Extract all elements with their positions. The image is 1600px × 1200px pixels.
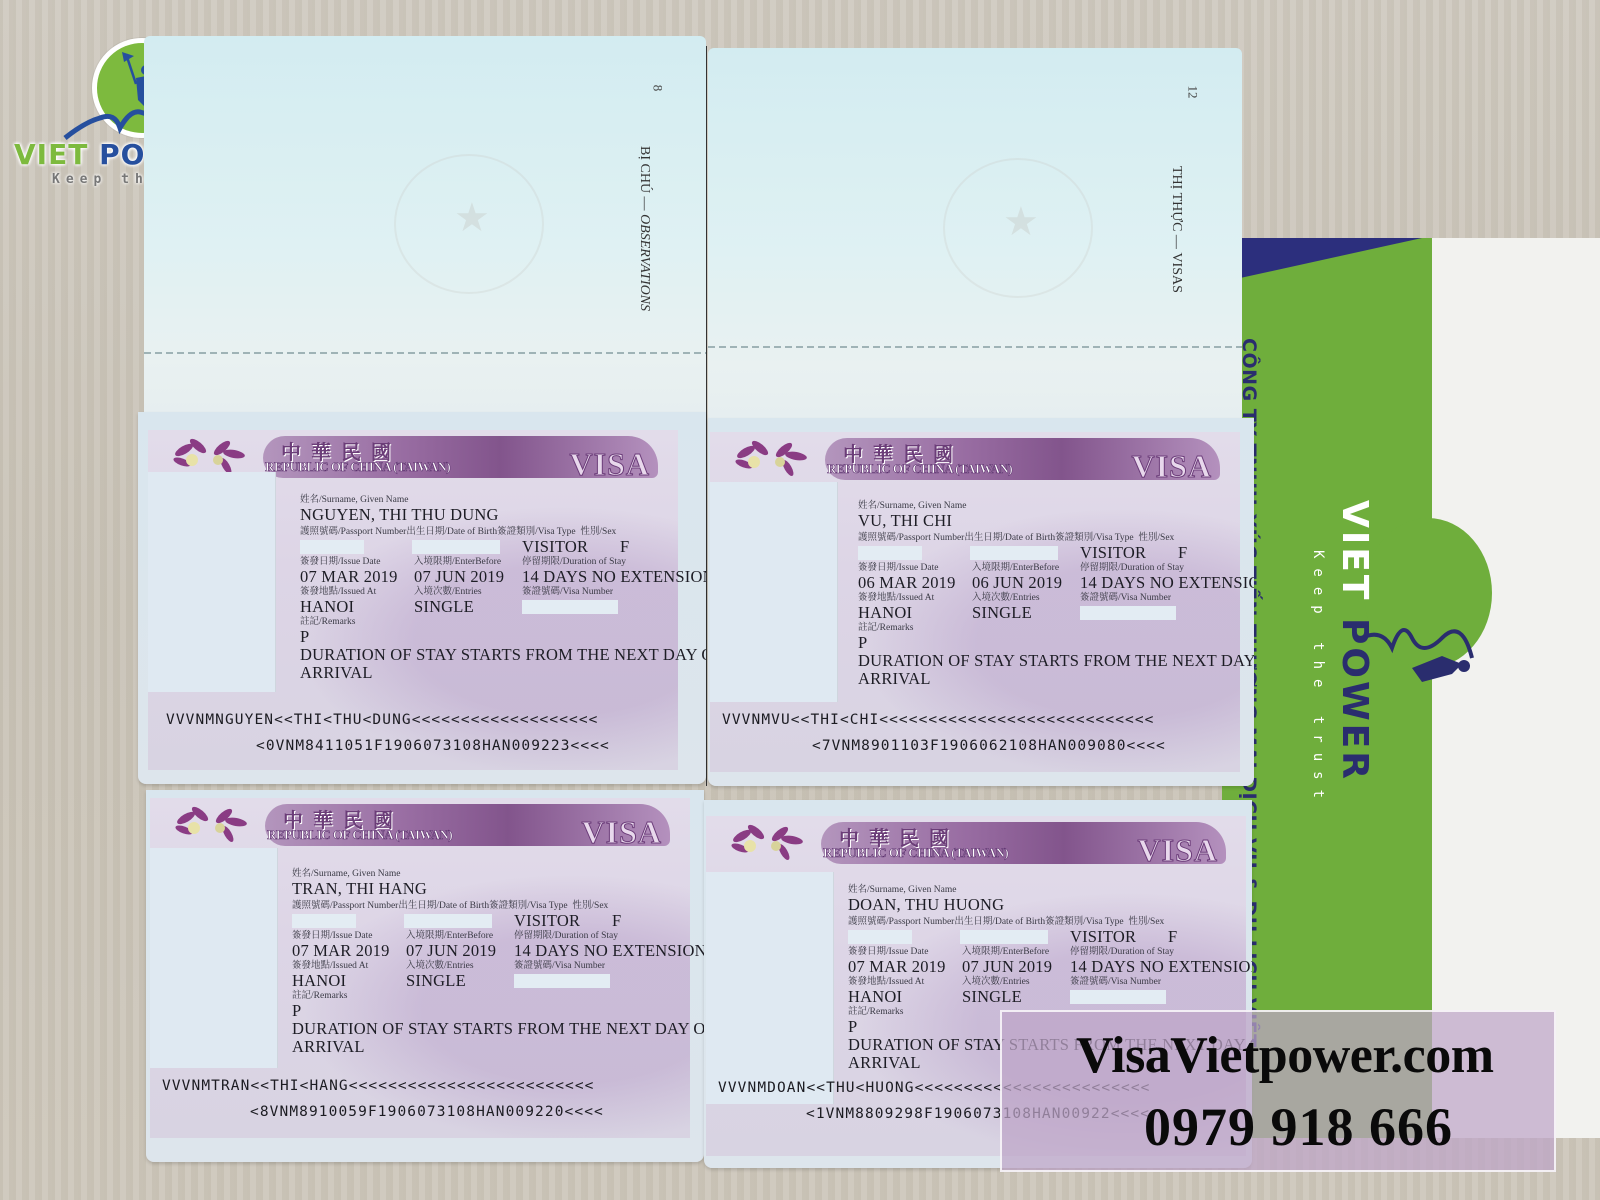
dob-redacted xyxy=(412,540,500,554)
passport-visa-page-2: 中華民國 REPUBLIC OF CHINA (TAIWAN) VISA 姓名/… xyxy=(708,418,1254,786)
label-dob: 出生日期/Date of Birth xyxy=(964,533,1055,543)
brochure-brand-power: POWER xyxy=(1334,618,1375,782)
section-en: OBSERVATIONS xyxy=(637,214,652,311)
visa-wordmark: VISA xyxy=(582,814,662,851)
mrz-line-1: VVVNMNGUYEN<<THI<THU<DUNG<<<<<<<<<<<<<<<… xyxy=(166,712,599,728)
label-visa-number: 簽證號碼/Visa Number xyxy=(1080,592,1171,604)
value-visa-type: VISITOR xyxy=(1080,544,1146,562)
value-entries: SINGLE xyxy=(962,988,1022,1006)
mrz-line-2: <7VNM8901103F1906062108HAN009080<<<< xyxy=(812,738,1166,754)
value-issued-at: HANOI xyxy=(300,598,354,616)
viet-power-brochure: CÔNG TY TNHH XÚC TIẾN THƯƠNG MẠI DỊCH VỤ… xyxy=(1222,238,1600,1138)
value-sex: F xyxy=(1178,544,1187,562)
value-issue-date: 06 MAR 2019 xyxy=(858,574,956,592)
visa-number-redacted xyxy=(514,974,610,988)
value-remark-line1: DURATION OF STAY STARTS FROM THE NEXT DA… xyxy=(858,652,1254,670)
value-visa-type: VISITOR xyxy=(514,912,580,930)
taiwan-visa-sticker: 中華民國 REPUBLIC OF CHINA (TAIWAN) VISA 姓名/… xyxy=(148,430,678,770)
label-sex: 性別/Sex xyxy=(1128,917,1164,927)
value-remark-code: P xyxy=(848,1018,857,1036)
label-visa-type: 簽證類別/Visa Type xyxy=(1045,917,1124,927)
value-remark-code: P xyxy=(300,628,309,646)
section-en: VISAS xyxy=(1169,252,1184,292)
dob-redacted xyxy=(970,546,1058,560)
value-visa-type: VISITOR xyxy=(1070,928,1136,946)
label-dob: 出生日期/Date of Birth xyxy=(398,901,489,911)
value-enter-before: 07 JUN 2019 xyxy=(962,958,1052,976)
value-issue-date: 07 MAR 2019 xyxy=(292,942,390,960)
value-remark-line2: ARRIVAL xyxy=(292,1038,365,1056)
label-dob: 出生日期/Date of Birth xyxy=(406,527,497,537)
title-english: REPUBLIC OF CHINA (TAIWAN) xyxy=(823,845,1008,861)
mrz-line-2: <8VNM8910059F1906073108HAN009220<<<< xyxy=(250,1104,604,1120)
label-passport: 護照號碼/Passport Number xyxy=(300,527,406,537)
brochure-brand-viet: VIET xyxy=(1334,500,1375,602)
passport-page-visas: 12 THỊ THỰC — VISAS xyxy=(708,48,1242,420)
value-issued-at: HANOI xyxy=(848,988,902,1006)
passport-spine xyxy=(706,46,707,786)
section-vn: BỊ CHÚ — xyxy=(637,146,652,214)
brochure-brand: VIET POWER xyxy=(1334,500,1375,782)
dob-redacted xyxy=(404,914,492,928)
value-duration: 14 DAYS NO EXTENSION xyxy=(1070,958,1252,976)
label-passport: 護照號碼/Passport Number xyxy=(292,901,398,911)
value-enter-before: 07 JUN 2019 xyxy=(406,942,496,960)
roc-banner: 中華民國 REPUBLIC OF CHINA (TAIWAN) VISA xyxy=(825,438,1220,480)
mrz-line-1: VVVNMTRAN<<THI<HANG<<<<<<<<<<<<<<<<<<<<<… xyxy=(162,1078,595,1094)
label-passport: 護照號碼/Passport Number xyxy=(848,917,954,927)
visa-number-redacted xyxy=(1070,990,1166,1004)
passport-number-redacted xyxy=(848,930,912,944)
value-remark-code: P xyxy=(292,1002,301,1020)
visa-number-redacted xyxy=(1080,606,1176,620)
value-entries: SINGLE xyxy=(972,604,1032,622)
page-perforation xyxy=(708,346,1242,348)
passport-number-redacted xyxy=(300,540,364,554)
value-remark-line2: ARRIVAL xyxy=(848,1054,921,1072)
value-issued-at: HANOI xyxy=(858,604,912,622)
value-visa-type: VISITOR xyxy=(522,538,588,556)
title-english: REPUBLIC OF CHINA (TAIWAN) xyxy=(265,459,450,475)
page-perforation xyxy=(144,352,706,354)
visa-fields: 姓名/Surname, Given Name VU, THI CHI 護照號碼/… xyxy=(858,500,1238,700)
label-visa-number: 簽證號碼/Visa Number xyxy=(514,960,605,972)
photo-redacted xyxy=(706,872,834,1104)
phone-number: 0979 918 666 xyxy=(1144,1096,1453,1158)
label-dob: 出生日期/Date of Birth xyxy=(954,917,1045,927)
value-name: TRAN, THI HANG xyxy=(292,880,427,898)
title-english: REPUBLIC OF CHINA (TAIWAN) xyxy=(267,827,452,843)
value-issue-date: 07 MAR 2019 xyxy=(300,568,398,586)
value-duration: 14 DAYS NO EXTENSION xyxy=(1080,574,1254,592)
dob-redacted xyxy=(960,930,1048,944)
mrz-line-1: VVVNMVU<<THI<CHI<<<<<<<<<<<<<<<<<<<<<<<<… xyxy=(722,712,1155,728)
title-english: REPUBLIC OF CHINA (TAIWAN) xyxy=(827,461,1012,477)
label-visa-number: 簽證號碼/Visa Number xyxy=(1070,976,1161,988)
passport-number-redacted xyxy=(858,546,922,560)
visa-number-redacted xyxy=(522,600,618,614)
label-visa-type: 簽證類別/Visa Type xyxy=(489,901,568,911)
page-number: 8 xyxy=(649,85,665,92)
passport-number-redacted xyxy=(292,914,356,928)
label-visa-type: 簽證類別/Visa Type xyxy=(497,527,576,537)
orchid-icon xyxy=(170,804,260,848)
label-sex: 性別/Sex xyxy=(1138,533,1174,543)
visa-fields: 姓名/Surname, Given Name NGUYEN, THI THU D… xyxy=(300,494,680,694)
value-remark-line2: ARRIVAL xyxy=(300,664,373,682)
page-section-title: BỊ CHÚ — OBSERVATIONS xyxy=(636,146,652,311)
value-remark-line2: ARRIVAL xyxy=(858,670,931,688)
value-remark-line1: DURATION OF STAY STARTS FROM THE NEXT DA… xyxy=(300,646,706,664)
visa-wordmark: VISA xyxy=(570,446,650,483)
value-sex: F xyxy=(612,912,621,930)
photo-redacted xyxy=(710,482,838,702)
roc-banner: 中華民國 REPUBLIC OF CHINA (TAIWAN) VISA xyxy=(263,436,658,478)
value-sex: F xyxy=(620,538,629,556)
orchid-icon xyxy=(730,438,820,482)
value-name: DOAN, THU HUONG xyxy=(848,896,1004,914)
website-text: VisaVietpower.com xyxy=(1076,1026,1494,1085)
roc-banner: 中華民國 REPUBLIC OF CHINA (TAIWAN) VISA xyxy=(265,804,670,846)
value-remark-line1: DURATION OF STAY STARTS FROM THE NEXT DA… xyxy=(292,1020,704,1038)
value-duration: 14 DAYS NO EXTENSION xyxy=(514,942,704,960)
photo-redacted xyxy=(150,848,278,1068)
emblem-watermark-icon xyxy=(943,158,1093,298)
value-sex: F xyxy=(1168,928,1177,946)
page-number: 12 xyxy=(1185,86,1201,99)
value-name: VU, THI CHI xyxy=(858,512,952,530)
passport-visa-page-3: 中華民國 REPUBLIC OF CHINA (TAIWAN) VISA 姓名/… xyxy=(146,790,704,1162)
section-vn: THỊ THỰC — xyxy=(1169,166,1184,252)
value-enter-before: 06 JUN 2019 xyxy=(972,574,1062,592)
value-entries: SINGLE xyxy=(414,598,474,616)
brand-viet: VIET xyxy=(14,138,88,171)
orchid-icon xyxy=(726,822,816,866)
label-visa-type: 簽證類別/Visa Type xyxy=(1055,533,1134,543)
passport-visa-page-1: 中華民國 REPUBLIC OF CHINA (TAIWAN) VISA 姓名/… xyxy=(138,412,706,784)
mrz-line-2: <0VNM8411051F1906073108HAN009223<<<< xyxy=(256,738,610,754)
label-sex: 性別/Sex xyxy=(580,527,616,537)
taiwan-visa-sticker: 中華民國 REPUBLIC OF CHINA (TAIWAN) VISA 姓名/… xyxy=(150,798,690,1138)
photo-redacted xyxy=(148,472,276,692)
passport-page-observations: 8 BỊ CHÚ — OBSERVATIONS xyxy=(144,36,706,416)
label-visa-number: 簽證號碼/Visa Number xyxy=(522,586,613,598)
value-remark-code: P xyxy=(858,634,867,652)
page-section-title: THỊ THỰC — VISAS xyxy=(1168,166,1184,293)
label-sex: 性別/Sex xyxy=(572,901,608,911)
taiwan-visa-sticker: 中華民國 REPUBLIC OF CHINA (TAIWAN) VISA 姓名/… xyxy=(710,432,1240,772)
roc-banner: 中華民國 REPUBLIC OF CHINA (TAIWAN) VISA xyxy=(821,822,1226,864)
value-enter-before: 07 JUN 2019 xyxy=(414,568,504,586)
visa-fields: 姓名/Surname, Given Name TRAN, THI HANG 護照… xyxy=(292,868,672,1068)
emblem-watermark-icon xyxy=(394,154,544,294)
contact-watermark: VisaVietpower.com 0979 918 666 xyxy=(1000,1010,1556,1172)
value-entries: SINGLE xyxy=(406,972,466,990)
value-issue-date: 07 MAR 2019 xyxy=(848,958,946,976)
value-duration: 14 DAYS NO EXTENSION xyxy=(522,568,706,586)
brochure-slogan: Keep the trust xyxy=(1310,550,1326,808)
value-issued-at: HANOI xyxy=(292,972,346,990)
label-passport: 護照號碼/Passport Number xyxy=(858,533,964,543)
value-name: NGUYEN, THI THU DUNG xyxy=(300,506,499,524)
visa-wordmark: VISA xyxy=(1138,832,1218,869)
visa-wordmark: VISA xyxy=(1132,448,1212,485)
